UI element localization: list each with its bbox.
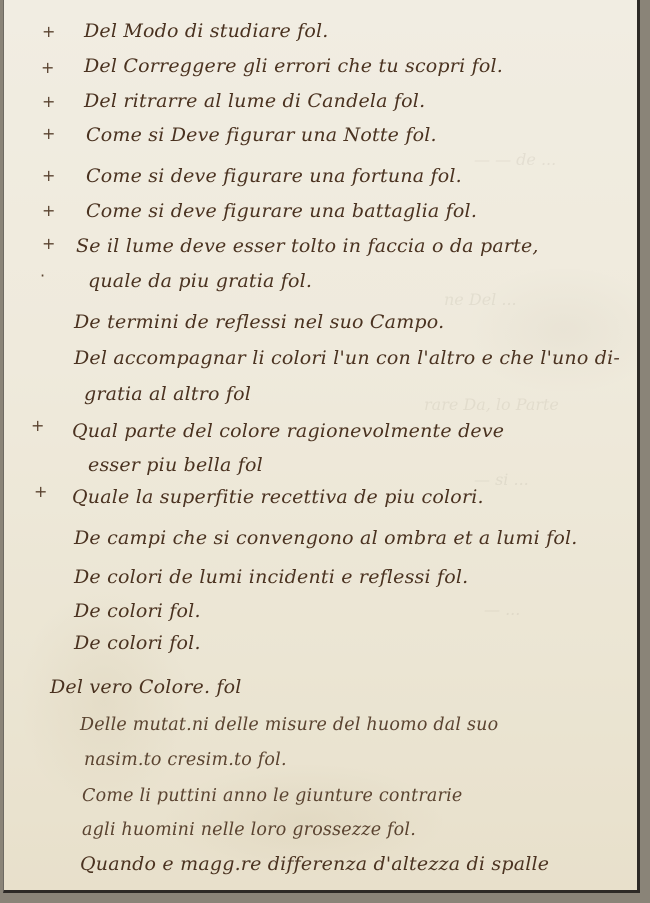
entry-line: De termini de reflessi nel suo Campo. bbox=[74, 311, 444, 333]
dot-marker: · bbox=[40, 266, 45, 285]
entry-line: Del Correggere gli errori che tu scopri … bbox=[84, 55, 503, 77]
entry-line: De colori de lumi incidenti e reflessi f… bbox=[74, 566, 468, 588]
manuscript-page: — — de ... ne Del ... rare Da, lo Parte … bbox=[3, 0, 640, 893]
entry-line: Del vero Colore. fol bbox=[50, 676, 242, 698]
entry-line: Come si Deve figurar una Notte fol. bbox=[86, 124, 437, 146]
plus-marker: + bbox=[42, 124, 55, 143]
entry-line: Quando e magg.re differenza d'altezza di… bbox=[80, 853, 549, 875]
entry-line: Del ritrarre al lume di Candela fol. bbox=[84, 90, 425, 112]
plus-marker: + bbox=[34, 482, 47, 501]
entry-line: gratia al altro fol bbox=[84, 383, 251, 405]
plus-marker: + bbox=[42, 166, 55, 185]
entry-line: Del Modo di studiare fol. bbox=[84, 20, 329, 42]
plus-marker: + bbox=[42, 92, 55, 111]
plus-marker: + bbox=[42, 22, 55, 41]
entry-line: nasim.to cresim.to fol. bbox=[84, 750, 287, 770]
plus-marker: + bbox=[41, 58, 54, 77]
entry-line: De colori fol. bbox=[74, 632, 201, 654]
plus-marker: + bbox=[31, 416, 44, 435]
index-entries: + + + + + + + · + + Del Modo di studiare… bbox=[4, 0, 637, 890]
entry-line: esser piu bella fol bbox=[88, 454, 263, 476]
plus-marker: + bbox=[42, 234, 55, 253]
entry-line: De campi che si convengono al ombra et a… bbox=[74, 527, 578, 549]
entry-line: Quale la superfitie recettiva de piu col… bbox=[72, 486, 484, 508]
entry-line: quale da piu gratia fol. bbox=[88, 270, 312, 292]
entry-line: Se il lume deve esser tolto in faccia o … bbox=[76, 235, 539, 257]
entry-line: De colori fol. bbox=[74, 600, 201, 622]
entry-line: Qual parte del colore ragionevolmente de… bbox=[72, 420, 504, 442]
entry-line: Come li puttini anno le giunture contrar… bbox=[82, 786, 462, 806]
entry-line: Delle mutat.ni delle misure del huomo da… bbox=[80, 715, 498, 735]
entry-line: Come si deve figurare una fortuna fol. bbox=[86, 165, 462, 187]
plus-marker: + bbox=[42, 201, 55, 220]
entry-line: agli huomini nelle loro grossezze fol. bbox=[82, 820, 416, 840]
entry-line: Come si deve figurare una battaglia fol. bbox=[86, 200, 477, 222]
entry-line: Del accompagnar li colori l'un con l'alt… bbox=[74, 347, 620, 369]
